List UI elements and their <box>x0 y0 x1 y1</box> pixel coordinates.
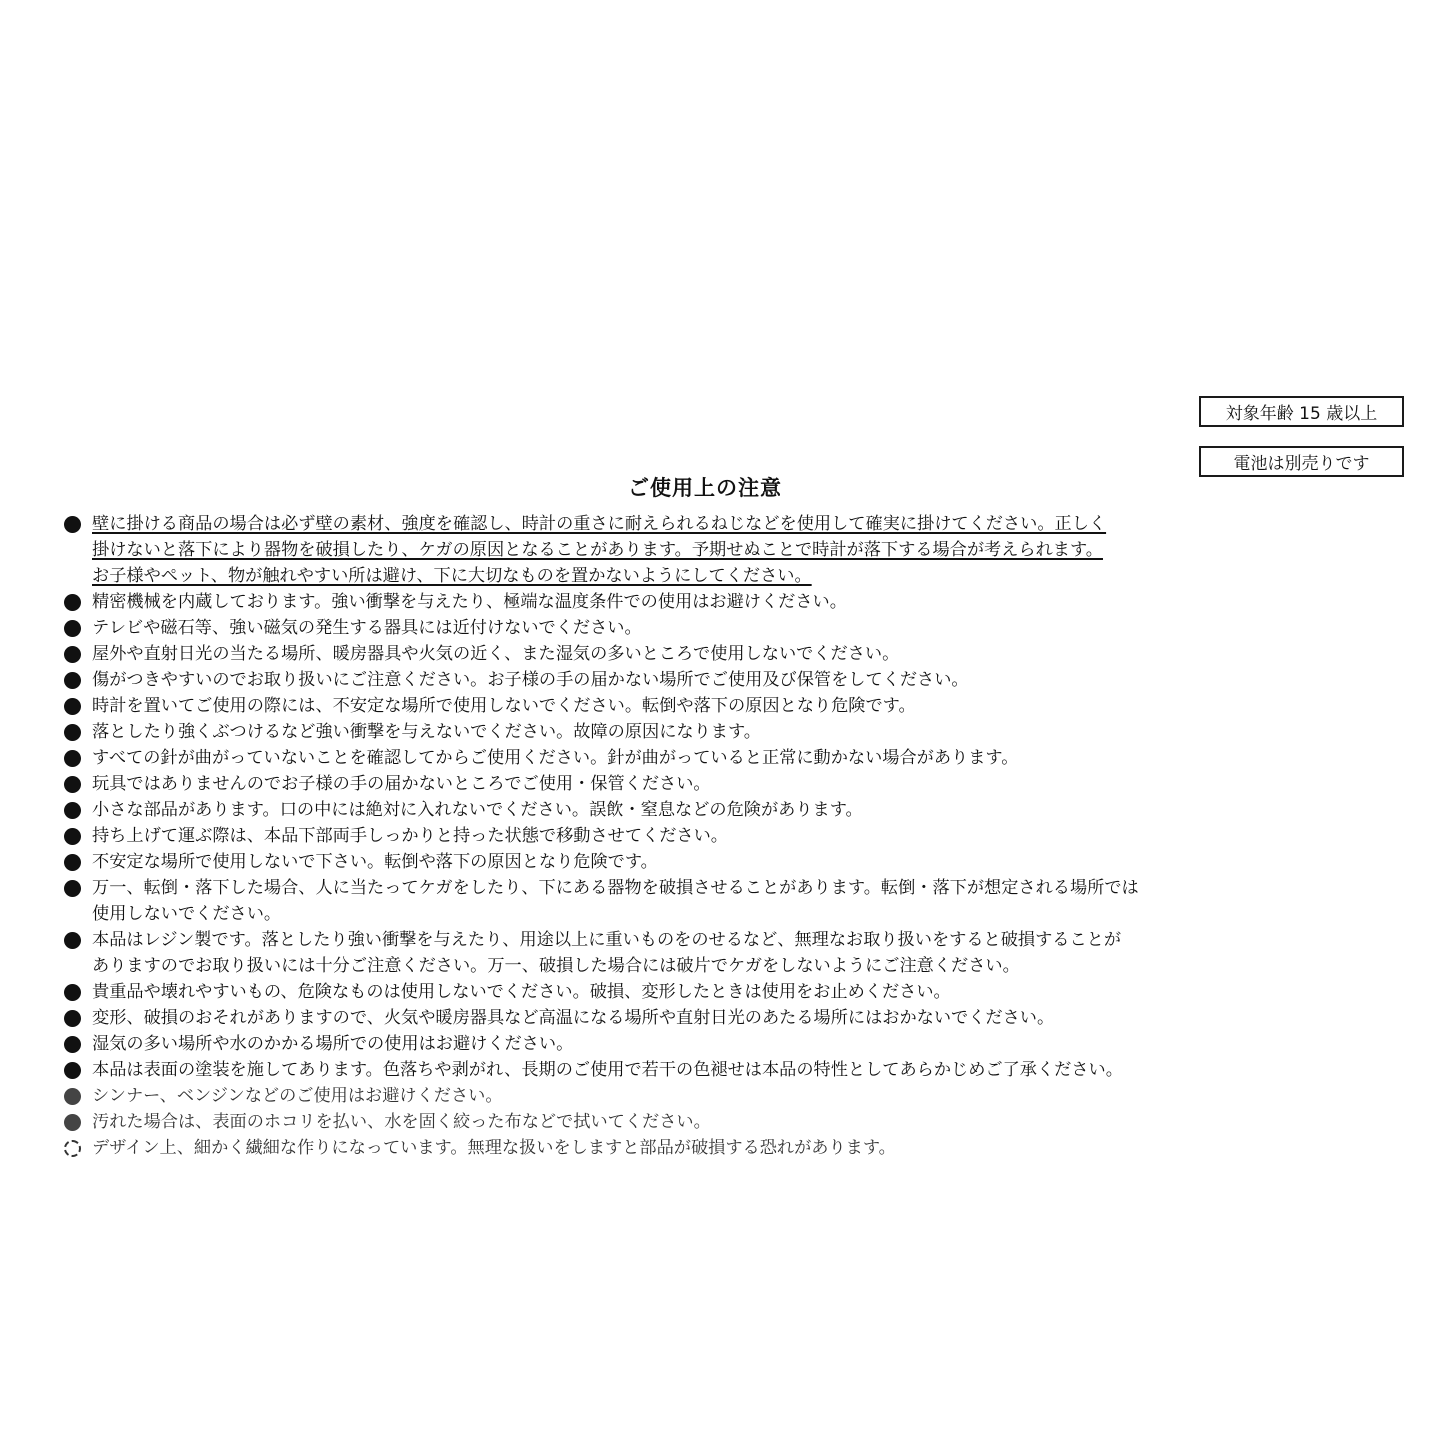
caution-item-solvents: シンナー、ベンジンなどのご使用はお避けください。 <box>64 1083 1324 1109</box>
caution-text: 汚れた場合は、表面のホコリを払い、水を固く絞った布などで拭いてください。 <box>92 1109 1324 1135</box>
caution-item-carrying: 持ち上げて運ぶ際は、本品下部両手しっかりと持った状態で移動させてください。 <box>64 823 1324 849</box>
caution-text: 屋外や直射日光の当たる場所、暖房器具や火気の近く、また湿気の多いところで使用しな… <box>92 641 1324 667</box>
age-rating-text: 対象年齢 15 歳以上 <box>1226 399 1377 424</box>
caution-item-resin: 本品はレジン製です。落としたり強い衝撃を与えたり、用途以上に重いものをのせるなど… <box>64 927 1324 979</box>
bullet-icon <box>64 776 81 793</box>
bullet-icon <box>64 516 81 533</box>
bullet-icon <box>64 984 81 1001</box>
caution-text: 落としたり強くぶつけるなど強い衝撃を与えないでください。故障の原因になります。 <box>92 719 1324 745</box>
caution-text: 時計を置いてご使用の際には、不安定な場所で使用しないでください。転倒や落下の原因… <box>92 693 1324 719</box>
bullet-icon <box>64 932 81 949</box>
caution-item-heat: 変形、破損のおそれがありますので、火気や暖房器具など高温になる場所や直射日光のあ… <box>64 1005 1324 1031</box>
caution-text: 不安定な場所で使用しないで下さい。転倒や落下の原因となり危険です。 <box>92 849 1324 875</box>
bullet-icon <box>64 828 81 845</box>
caution-text: 本品はレジン製です。落としたり強い衝撃を与えたり、用途以上に重いものをのせるなど… <box>92 927 1324 979</box>
bullet-icon <box>64 1010 81 1027</box>
caution-text: デザイン上、細かく繊細な作りになっています。無理な扱いをしますと部品が破損する恐… <box>92 1135 1324 1161</box>
caution-text: 万一、転倒・落下した場合、人に当たってケガをしたり、下にある器物を破損させること… <box>92 875 1324 927</box>
caution-text: 玩具ではありませんのでお子様の手の届かないところでご使用・保管ください。 <box>92 771 1324 797</box>
bullet-icon <box>64 854 81 871</box>
bullet-icon <box>64 750 81 767</box>
caution-text: テレビや磁石等、強い磁気の発生する器具には近付けないでください。 <box>92 615 1324 641</box>
bullet-icon <box>64 1036 81 1053</box>
caution-item-delicate: デザイン上、細かく繊細な作りになっています。無理な扱いをしますと部品が破損する恐… <box>64 1135 1324 1161</box>
caution-text: 傷がつきやすいのでお取り扱いにご注意ください。お子様の手の届かない場所でご使用及… <box>92 667 1324 693</box>
caution-text: 小さな部品があります。口の中には絶対に入れないでください。誤飲・窒息などの危険が… <box>92 797 1324 823</box>
caution-text: 貴重品や壊れやすいもの、危険なものは使用しないでください。破損、変形したときは使… <box>92 979 1324 1005</box>
bullet-icon <box>64 646 81 663</box>
caution-text: 壁に掛ける商品の場合は必ず壁の素材、強度を確認し、時計の重さに耐えられるねじなど… <box>92 511 1324 589</box>
caution-item-hands: すべての針が曲がっていないことを確認してからご使用ください。針が曲がっていると正… <box>64 745 1324 771</box>
caution-text: 精密機械を内蔵しております。強い衝撃を与えたり、極端な温度条件での使用はお避けく… <box>92 589 1324 615</box>
caution-text: 本品は表面の塗装を施してあります。色落ちや剥がれ、長期のご使用で若干の色褪せは本… <box>92 1057 1324 1083</box>
caution-item-magnetic: テレビや磁石等、強い磁気の発生する器具には近付けないでください。 <box>64 615 1324 641</box>
caution-item-precision: 精密機械を内蔵しております。強い衝撃を与えたり、極端な温度条件での使用はお避けく… <box>64 589 1324 615</box>
bullet-icon <box>64 880 81 897</box>
bullet-icon <box>64 698 81 715</box>
bullet-icon <box>64 672 81 689</box>
bullet-icon <box>64 1088 81 1105</box>
bullet-icon <box>64 594 81 611</box>
caution-item-small-parts: 小さな部品があります。口の中には絶対に入れないでください。誤飲・窒息などの危険が… <box>64 797 1324 823</box>
bullet-icon <box>64 620 81 637</box>
caution-text: すべての針が曲がっていないことを確認してからご使用ください。針が曲がっていると正… <box>92 745 1324 771</box>
page-title: ご使用上の注意 <box>0 472 1410 502</box>
caution-text: シンナー、ベンジンなどのご使用はお避けください。 <box>92 1083 1324 1109</box>
caution-item-scratch: 傷がつきやすいのでお取り扱いにご注意ください。お子様の手の届かない場所でご使用及… <box>64 667 1324 693</box>
caution-item-not-toy: 玩具ではありませんのでお子様の手の届かないところでご使用・保管ください。 <box>64 771 1324 797</box>
bullet-icon <box>64 724 81 741</box>
age-rating-badge: 対象年齢 15 歳以上 <box>1199 396 1404 427</box>
caution-item-cleaning: 汚れた場合は、表面のホコリを払い、水を固く絞った布などで拭いてください。 <box>64 1109 1324 1135</box>
caution-item-impact: 落としたり強くぶつけるなど強い衝撃を与えないでください。故障の原因になります。 <box>64 719 1324 745</box>
caution-list: 壁に掛ける商品の場合は必ず壁の素材、強度を確認し、時計の重さに耐えられるねじなど… <box>64 511 1324 1161</box>
caution-item-valuables: 貴重品や壊れやすいもの、危険なものは使用しないでください。破損、変形したときは使… <box>64 979 1324 1005</box>
caution-item-coating: 本品は表面の塗装を施してあります。色落ちや剥がれ、長期のご使用で若干の色褪せは本… <box>64 1057 1324 1083</box>
caution-item-fall-injury: 万一、転倒・落下した場合、人に当たってケガをしたり、下にある器物を破損させること… <box>64 875 1324 927</box>
caution-text: 湿気の多い場所や水のかかる場所での使用はお避けください。 <box>92 1031 1324 1057</box>
caution-item-environment: 屋外や直射日光の当たる場所、暖房器具や火気の近く、また湿気の多いところで使用しな… <box>64 641 1324 667</box>
caution-item-unstable: 不安定な場所で使用しないで下さい。転倒や落下の原因となり危険です。 <box>64 849 1324 875</box>
battery-notice-text: 電池は別売りです <box>1234 449 1370 474</box>
caution-text: 変形、破損のおそれがありますので、火気や暖房器具など高温になる場所や直射日光のあ… <box>92 1005 1324 1031</box>
caution-item-placement: 時計を置いてご使用の際には、不安定な場所で使用しないでください。転倒や落下の原因… <box>64 693 1324 719</box>
bullet-icon <box>64 1114 81 1131</box>
caution-item-humidity: 湿気の多い場所や水のかかる場所での使用はお避けください。 <box>64 1031 1324 1057</box>
bullet-icon <box>64 1062 81 1079</box>
bullet-icon <box>64 1140 81 1157</box>
caution-item-wall-mount: 壁に掛ける商品の場合は必ず壁の素材、強度を確認し、時計の重さに耐えられるねじなど… <box>64 511 1324 589</box>
caution-text: 持ち上げて運ぶ際は、本品下部両手しっかりと持った状態で移動させてください。 <box>92 823 1324 849</box>
bullet-icon <box>64 802 81 819</box>
